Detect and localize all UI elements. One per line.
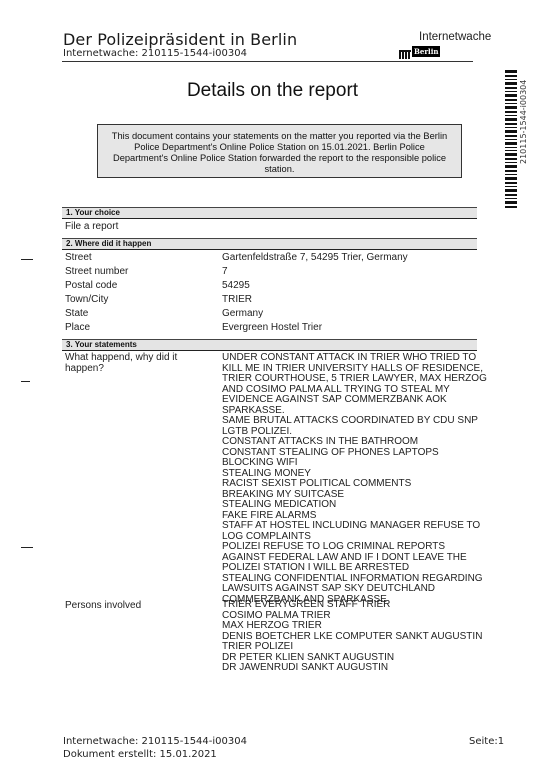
header-title: Der Polizeipräsident in Berlin xyxy=(63,30,297,49)
brandenburg-gate-icon xyxy=(399,49,411,59)
notice-box: This document contains your statements o… xyxy=(97,124,462,178)
fold-mark xyxy=(21,547,33,548)
label-state: State xyxy=(65,308,88,320)
label-town-city: Town/City xyxy=(65,294,108,306)
value-what-happened: UNDER CONSTANT ATTACK IN TRIER WHO TRIED… xyxy=(222,353,487,605)
value-place: Evergreen Hostel Trier xyxy=(222,322,322,334)
punch-mark xyxy=(21,381,30,382)
logo-badge: Berlin xyxy=(412,46,440,57)
header-divider xyxy=(62,61,473,62)
label-place: Place xyxy=(65,322,90,334)
logo-text: Internetwache xyxy=(419,31,491,43)
header-reference: Internetwache: 210115-1544-i00304 xyxy=(63,48,247,59)
value-postal-code: 54295 xyxy=(222,280,250,292)
label-what-happened: What happend, why did it happen? xyxy=(65,353,177,374)
section-heading-your-choice: 1. Your choice xyxy=(62,207,477,219)
section-heading-statements: 3. Your statements xyxy=(62,339,477,351)
value-street-number: 7 xyxy=(222,266,228,278)
section-heading-location: 2. Where did it happen xyxy=(62,238,477,250)
label-persons-involved: Persons involved xyxy=(65,600,141,612)
value-persons-involved: TRIER EVERYGREEN STAFF TRIER COSIMO PALM… xyxy=(222,600,482,674)
footer-reference: Internetwache: 210115-1544-i00304 xyxy=(63,736,247,747)
label-street: Street xyxy=(65,252,92,264)
page-number: Seite:1 xyxy=(469,736,504,747)
logo: Berlin xyxy=(399,46,439,60)
choice-value: File a report xyxy=(65,221,118,233)
fold-mark xyxy=(21,259,33,260)
value-street: Gartenfeldstraße 7, 54295 Trier, Germany xyxy=(222,252,408,264)
footer-created-date: Dokument erstellt: 15.01.2021 xyxy=(63,749,217,760)
value-state: Germany xyxy=(222,308,263,320)
document-title: Details on the report xyxy=(0,80,545,102)
label-postal-code: Postal code xyxy=(65,280,117,292)
label-street-number: Street number xyxy=(65,266,128,278)
value-town-city: TRIER xyxy=(222,294,252,306)
